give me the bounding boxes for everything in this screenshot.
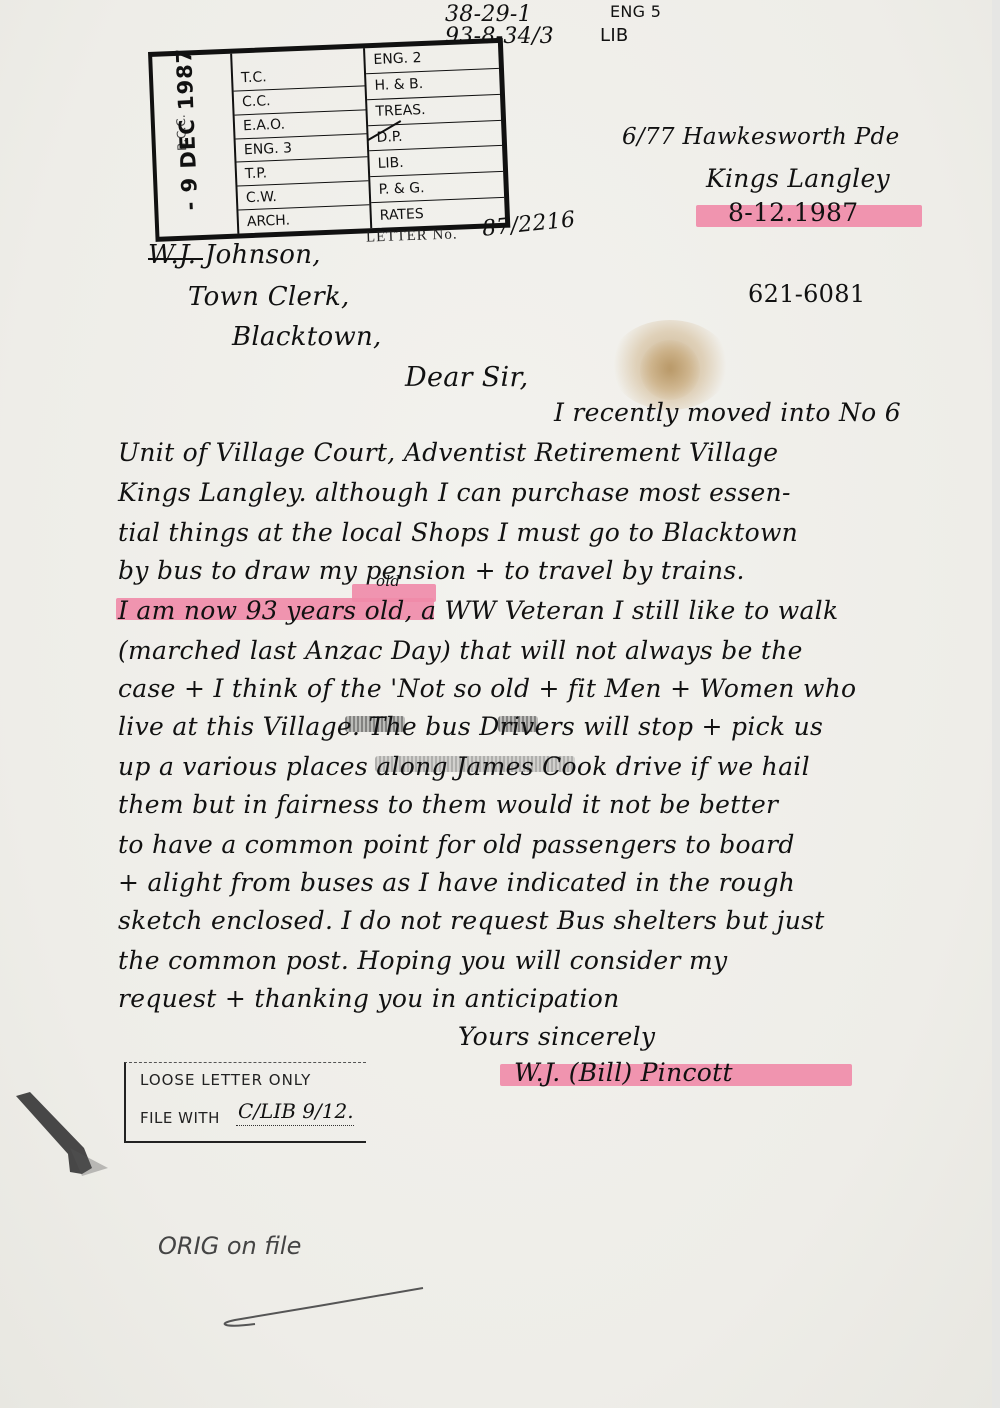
body-line: live at this Village. The bus Drivers wi…: [118, 712, 823, 741]
body-line: I am now 93 years old, a WW Veteran I st…: [118, 596, 838, 625]
signature: W.J. (Bill) Pincott: [514, 1058, 733, 1087]
body-line: up a various places along James Cook dri…: [118, 752, 810, 781]
department-column-right: ENG. 2 H. & B. TREAS. D.P. LIB. P. & G. …: [365, 43, 505, 228]
body-line: request + thanking you in anticipation: [118, 984, 620, 1013]
body-line: Unit of Village Court, Adventist Retirem…: [118, 438, 778, 467]
pencil-underline: [215, 1280, 435, 1330]
closing: Yours sincerely: [458, 1022, 655, 1051]
paper-stain: [640, 340, 700, 400]
file-ref-2-dept: LIB: [600, 25, 629, 46]
body-line: to have a common point for old passenger…: [118, 830, 795, 859]
loose-letter-label: LOOSE LETTER ONLY: [140, 1071, 311, 1089]
recipient-name: W.J. Johnson,: [148, 240, 321, 270]
dept-cell: ARCH.: [238, 205, 370, 233]
body-line: tial things at the local Shops I must go…: [118, 518, 798, 547]
recipient-title: Town Clerk,: [188, 282, 350, 312]
loose-letter-stamp: LOOSE LETTER ONLY FILE WITH C/LIB 9/12.: [124, 1062, 366, 1143]
file-with-dotted-line: [236, 1125, 354, 1126]
pencil-note: ORIG on file: [158, 1232, 301, 1260]
received-date: - 9 DEC 1987: [172, 47, 203, 211]
sender-phone: 621-6081: [748, 280, 865, 308]
file-ref-1-dept: ENG 5: [610, 2, 661, 21]
received-date-column: B.C.C. - 9 DEC 1987: [152, 54, 237, 237]
clip-shadow-icon: [12, 1088, 132, 1178]
recipient-city: Blacktown,: [232, 322, 382, 352]
salutation: Dear Sir,: [405, 362, 529, 393]
body-line: by bus to draw my pension + to travel by…: [118, 556, 745, 585]
department-grid: T.C. C.C. E.A.O. ENG. 3 T.P. C.W. ARCH. …: [230, 43, 505, 234]
body-line: case + I think of the 'Not so old + fit …: [118, 674, 856, 703]
body-line: the common post. Hoping you will conside…: [118, 946, 727, 975]
body-line: + alight from buses as I have indicated …: [118, 868, 795, 897]
page-edge: [992, 0, 1000, 1408]
strikethrough-line: [148, 258, 203, 260]
body-line: (marched last Anzac Day) that will not a…: [118, 636, 803, 665]
body-line: sketch enclosed. I do not request Bus sh…: [118, 906, 825, 935]
letter-page: 38-29-1 ENG 5 93-8-34/3 LIB B.C.C. - 9 D…: [0, 0, 992, 1408]
inserted-word: old: [376, 572, 400, 590]
body-line: Kings Langley. although I can purchase m…: [118, 478, 791, 507]
body-line: I recently moved into No 6: [554, 398, 901, 427]
file-with-value: C/LIB 9/12.: [238, 1099, 354, 1123]
letter-number-label: LETTER No.: [366, 226, 458, 246]
body-line: them but in fairness to them would it no…: [118, 790, 778, 819]
sender-address-line2: Kings Langley: [706, 164, 890, 193]
file-with-label: FILE WITH: [140, 1109, 220, 1127]
letter-date: 8-12.1987: [728, 198, 858, 227]
department-column-left: T.C. C.C. E.A.O. ENG. 3 T.P. C.W. ARCH.: [232, 48, 372, 233]
sender-address-line1: 6/77 Hawkesworth Pde: [622, 124, 899, 150]
routing-stamp: B.C.C. - 9 DEC 1987 T.C. C.C. E.A.O. ENG…: [148, 38, 510, 242]
